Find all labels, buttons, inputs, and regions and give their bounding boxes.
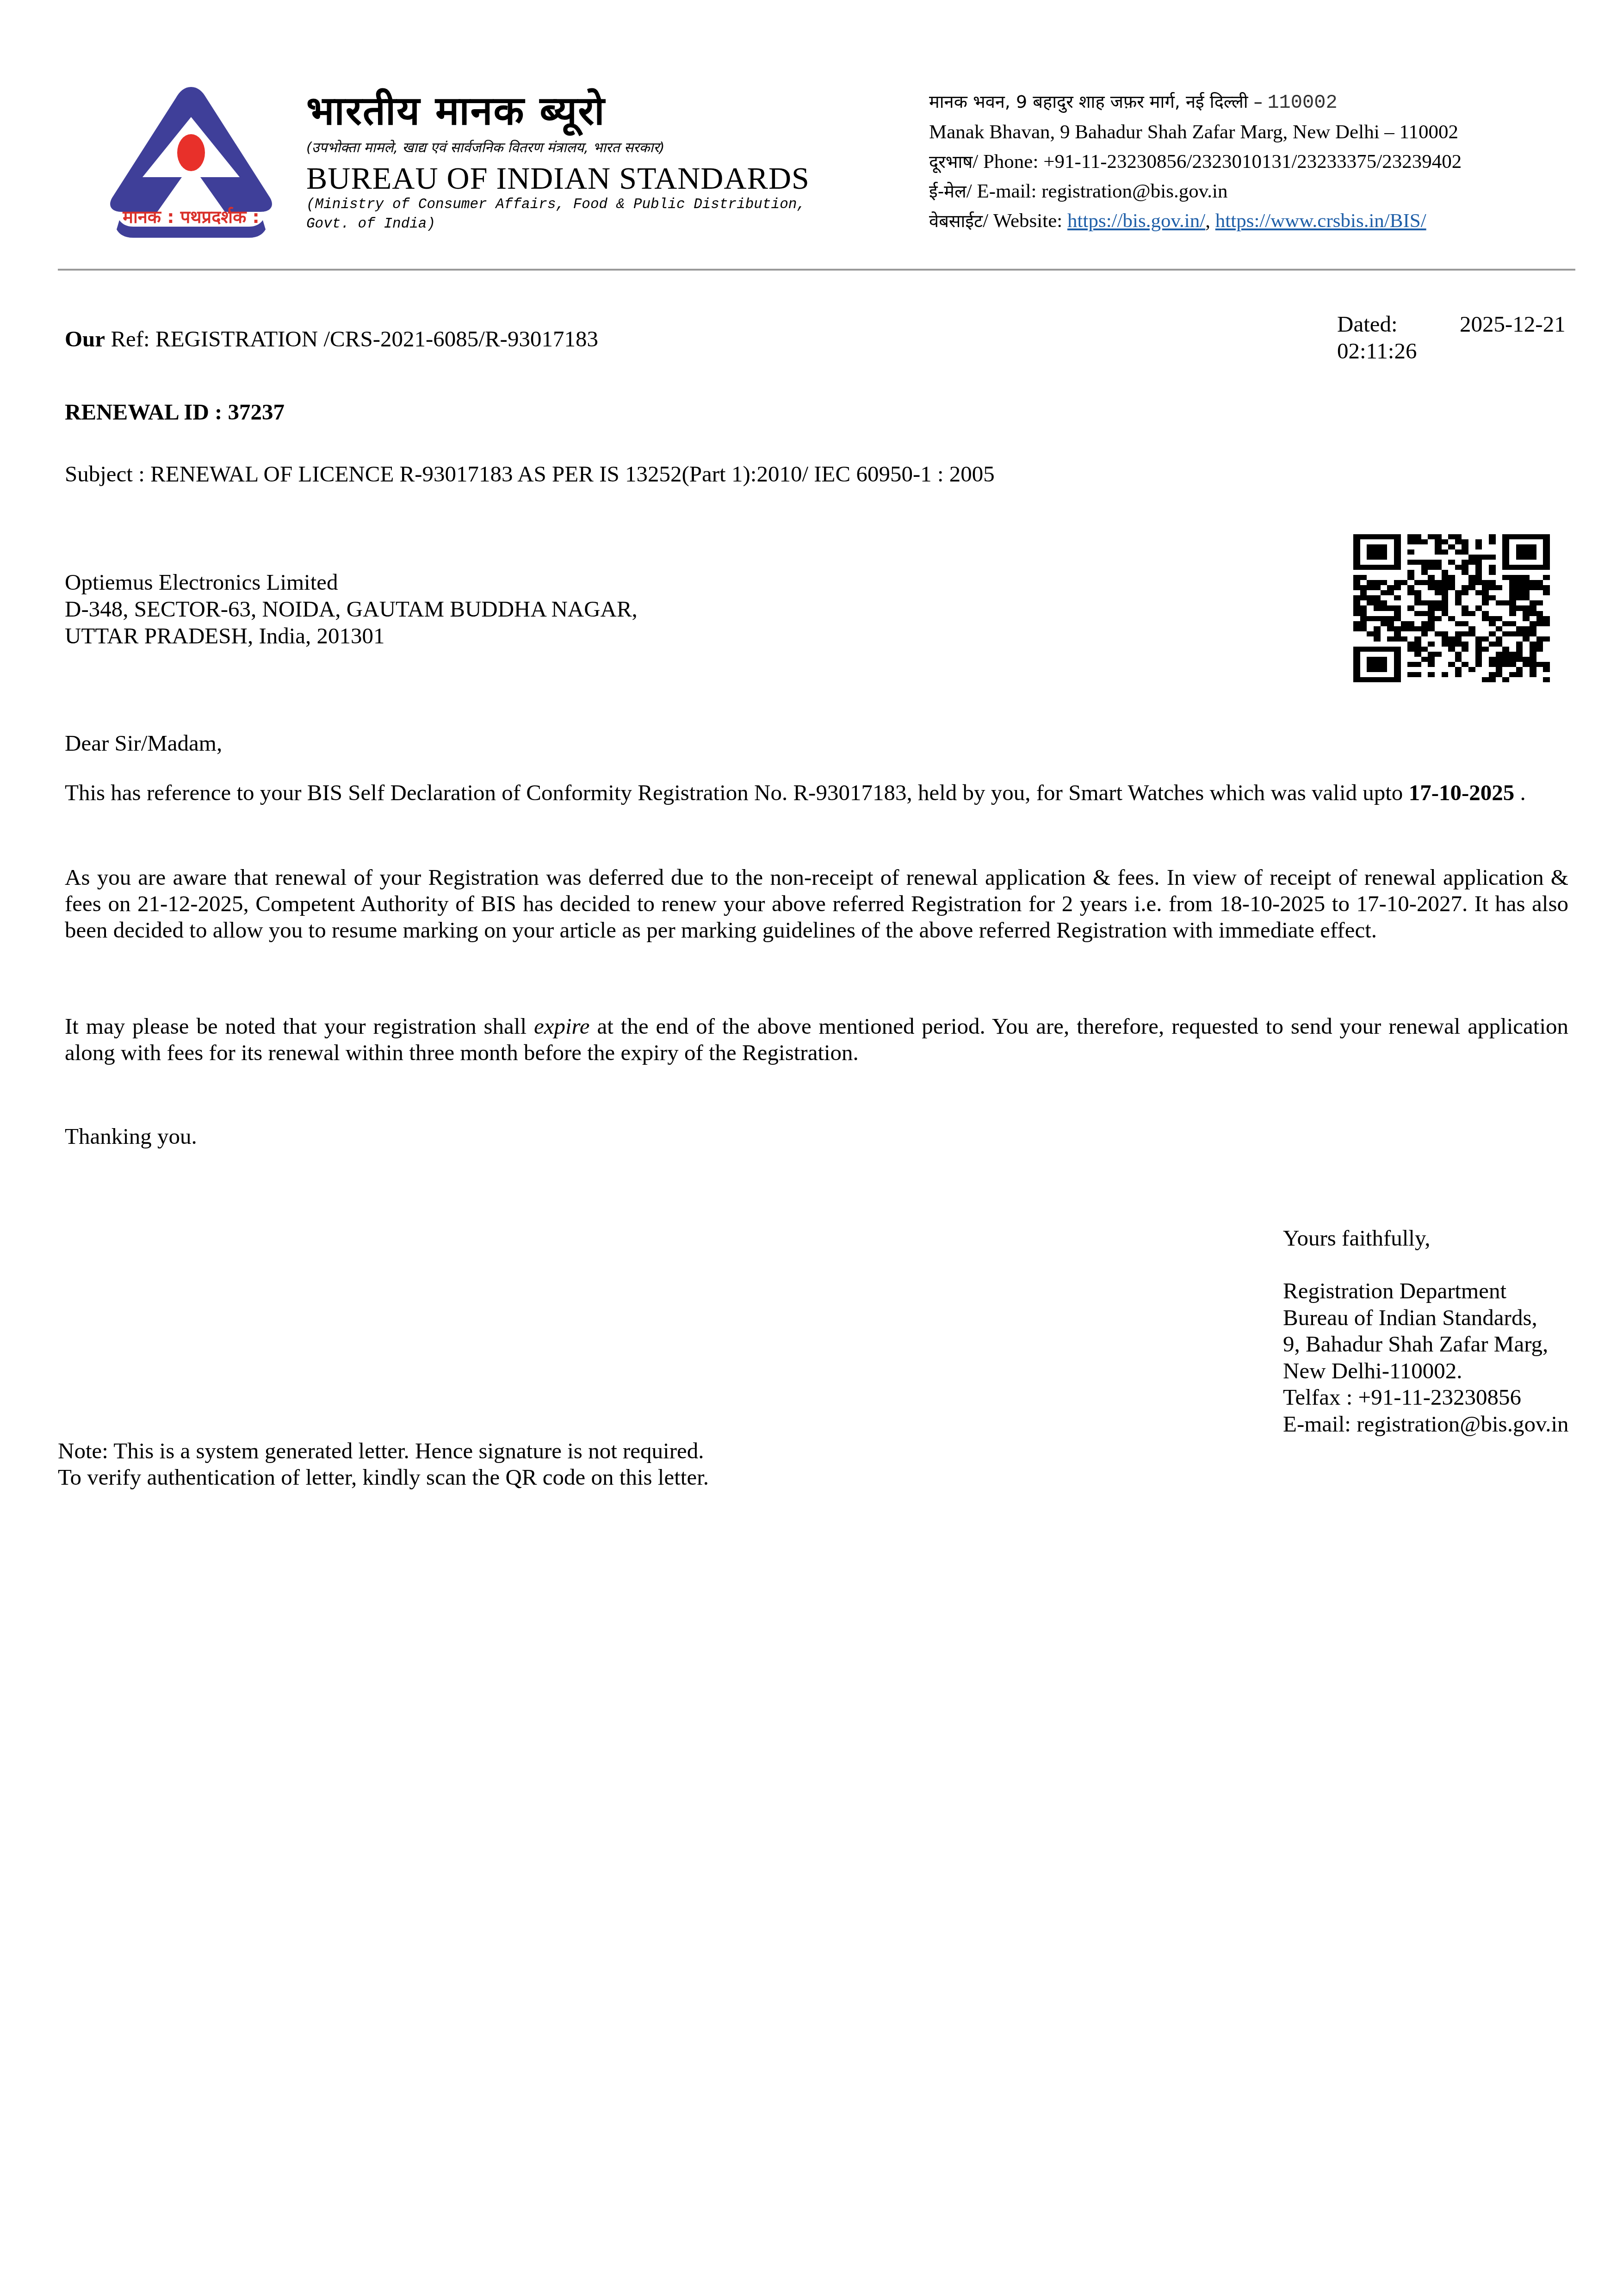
addressee-line-2: UTTAR PRADESH, India, 201301 (65, 623, 638, 649)
paragraph-renewal: As you are aware that renewal of your Re… (65, 864, 1568, 943)
contact-address-english: Manak Bhavan, 9 Bahadur Shah Zafar Marg,… (929, 117, 1462, 147)
signature-line: New Delhi-110002. (1283, 1358, 1569, 1384)
signature-line: 9, Bahadur Shah Zafar Marg, (1283, 1331, 1569, 1358)
header-divider (58, 269, 1575, 271)
addressee-block: Optiemus Electronics Limited D-348, SECT… (65, 569, 638, 649)
ministry-english: (Ministry of Consumer Affairs, Food & Pu… (306, 195, 908, 234)
thanking-line: Thanking you. (65, 1123, 197, 1150)
qr-code-icon[interactable] (1353, 534, 1550, 682)
renewal-id: RENEWAL ID : 37237 (65, 399, 285, 426)
contact-email: ई-मेल/ E-mail: registration@bis.gov.in (929, 177, 1462, 206)
signature-line: Telfax : +91-11-23230856 (1283, 1384, 1569, 1411)
signature-email: E-mail: registration@bis.gov.in (1283, 1411, 1569, 1438)
dated-label: Dated: (1337, 311, 1398, 338)
greeting: Dear Sir/Madam, (65, 730, 222, 757)
website-link-crsbis[interactable]: https://www.crsbis.in/BIS/ (1215, 210, 1426, 232)
addressee-name: Optiemus Electronics Limited (65, 569, 638, 596)
contact-address-hindi: मानक भवन, 9 बहादुर शाह जफ़र मार्ग, नई दि… (929, 87, 1462, 117)
org-title-english: BUREAU OF INDIAN STANDARDS (306, 160, 810, 197)
system-note: Note: This is a system generated letter.… (58, 1438, 709, 1490)
paragraph-reference: This has reference to your BIS Self Decl… (65, 779, 1568, 806)
header-contact-block: मानक भवन, 9 बहादुर शाह जफ़र मार्ग, नई दि… (929, 87, 1462, 236)
note-line: To verify authentication of letter, kind… (58, 1464, 709, 1490)
signature-line: Bureau of Indian Standards, (1283, 1304, 1569, 1331)
dated-date: 2025-12-21 (1460, 311, 1566, 338)
email-value[interactable]: registration@bis.gov.in (1041, 180, 1227, 202)
paragraph-expiry-note: It may please be noted that your registr… (65, 1013, 1568, 1066)
contact-website: वेबसाईट/ Website: https://bis.gov.in/, h… (929, 206, 1462, 236)
bis-logo: मानक : पथप्रदर्शक : (105, 82, 277, 240)
svg-text:मानक : पथप्रदर्शक :: मानक : पथप्रदर्शक : (122, 207, 260, 227)
dated-time: 02:11:26 (1337, 338, 1417, 364)
org-title-hindi: भारतीय मानक ब्यूरो (306, 88, 606, 134)
signature-block: Registration Department Bureau of Indian… (1283, 1278, 1569, 1437)
phone-value: +91-11-23230856/2323010131/23233375/2323… (1043, 151, 1462, 173)
website-link-bis[interactable]: https://bis.gov.in/ (1067, 210, 1205, 232)
note-line: Note: This is a system generated letter.… (58, 1438, 709, 1464)
signature-line: Registration Department (1283, 1278, 1569, 1304)
ministry-hindi: (उपभोक्ता मामले, खाद्य एवं सार्वजनिक वित… (306, 139, 664, 157)
reference-line: Our Ref: REGISTRATION /CRS-2021-6085/R-9… (65, 326, 598, 352)
closing-line: Yours faithfully, (1283, 1225, 1431, 1252)
contact-phone: दूरभाष/ Phone: +91-11-23230856/232301013… (929, 147, 1462, 177)
addressee-line-1: D-348, SECTOR-63, NOIDA, GAUTAM BUDDHA N… (65, 596, 638, 623)
bis-triangle-logo-icon: मानक : पथप्रदर्शक : (105, 82, 277, 240)
subject-line: Subject : RENEWAL OF LICENCE R-93017183 … (65, 461, 995, 488)
